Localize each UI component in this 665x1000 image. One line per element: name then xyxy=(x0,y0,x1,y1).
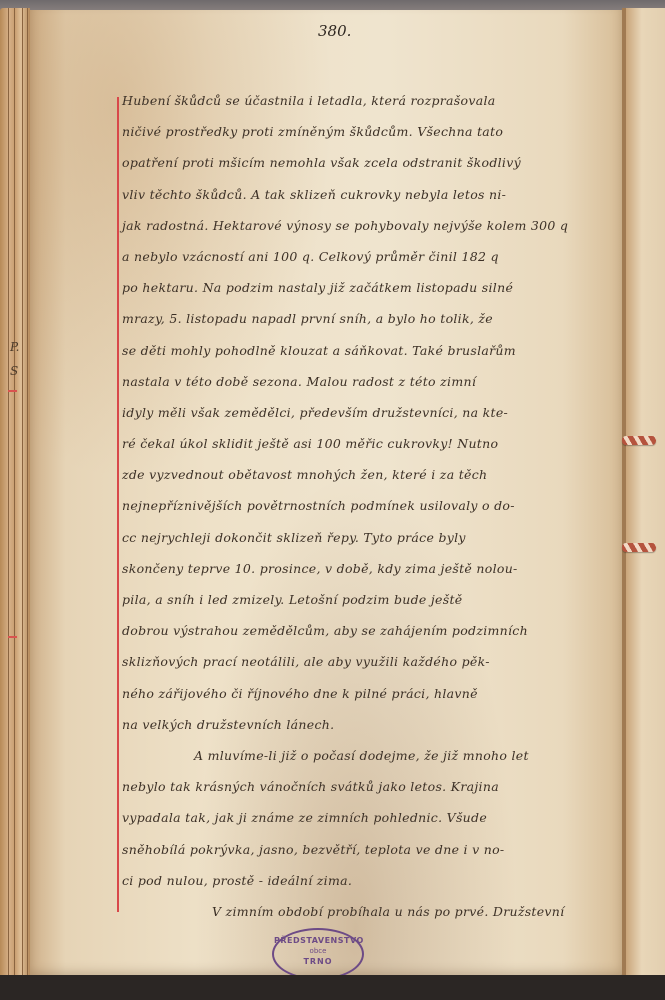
text-line: opatření proti mšicím nemohla však zcela… xyxy=(122,147,592,178)
text-line: mrazy, 5. listopadu napadl první sníh, a… xyxy=(122,303,592,334)
red-margin-rule xyxy=(117,97,119,912)
text-line: sněhobílá pokrývka, jasno, bezvětří, tep… xyxy=(122,834,592,865)
text-line: pila, a sníh i led zmizely. Letošní podz… xyxy=(122,584,592,615)
text-line: vliv těchto škůdců. A tak sklizeň cukrov… xyxy=(122,179,592,210)
margin-note: S xyxy=(10,364,18,378)
text-line: nastala v této době sezona. Malou radost… xyxy=(122,366,592,397)
bottom-shadow xyxy=(0,975,665,1000)
text-line: zde vyzvednout obětavost mnohých žen, kt… xyxy=(122,459,592,490)
margin-note: P. xyxy=(10,340,19,354)
text-line: idyly měli však zemědělci, především dru… xyxy=(122,397,592,428)
paragraph-start-line: A mluvíme-li již o počasí dodejme, že ji… xyxy=(122,740,592,771)
stamp-middle-text: obce xyxy=(274,947,362,955)
stamp-top-text: PŘEDSTAVENSTVO xyxy=(274,936,362,945)
text-line: se děti mohly pohodlně klouzat a sáňkova… xyxy=(122,335,592,366)
binding-thread xyxy=(622,436,656,445)
text-line: vypadala tak, jak ji známe ze zimních po… xyxy=(122,802,592,833)
text-line: nejnepříznivějších povětrnostních podmín… xyxy=(122,490,592,521)
text-line: jak radostná. Hektarové výnosy se pohybo… xyxy=(122,210,592,241)
binding-thread xyxy=(622,543,656,552)
text-line: a nebylo vzácností ani 100 q. Celkový pr… xyxy=(122,241,592,272)
margin-tick xyxy=(8,636,17,638)
text-line: ré čekal úkol sklidit ještě asi 100 měři… xyxy=(122,428,592,459)
text-line: ci pod nulou, prostě - ideální zima. xyxy=(122,865,592,896)
margin-tick xyxy=(8,390,17,392)
text-line: ničivé prostředky proti zmíněným škůdcům… xyxy=(122,116,592,147)
page-stack-edge: P. S xyxy=(0,8,30,978)
text-line: sklizňových prací neotálili, ale aby vyu… xyxy=(122,646,592,677)
text-line: Hubení škůdců se účastnila i letadla, kt… xyxy=(122,85,592,116)
municipal-stamp: PŘEDSTAVENSTVO obce TRNO xyxy=(272,928,364,980)
text-line: nebylo tak krásných vánočních svátků jak… xyxy=(122,771,592,802)
text-line: dobrou výstrahou zemědělcům, aby se zahá… xyxy=(122,615,592,646)
text-line: cc nejrychleji dokončit sklizeň řepy. Ty… xyxy=(122,522,592,553)
handwritten-text: Hubení škůdců se účastnila i letadla, kt… xyxy=(122,85,592,927)
page-number: 380. xyxy=(318,22,351,40)
text-line: skončeny teprve 10. prosince, v době, kd… xyxy=(122,553,592,584)
stamp-bottom-text: TRNO xyxy=(274,957,362,966)
text-line: ného zářijového či říjnového dne k pilné… xyxy=(122,678,592,709)
facing-page-edge xyxy=(626,8,665,976)
paragraph-start-line: V zimním období probíhala u nás po prvé.… xyxy=(122,896,592,927)
text-line: na velkých družstevních lánech. xyxy=(122,709,592,740)
text-line: po hektaru. Na podzim nastaly již začátk… xyxy=(122,272,592,303)
